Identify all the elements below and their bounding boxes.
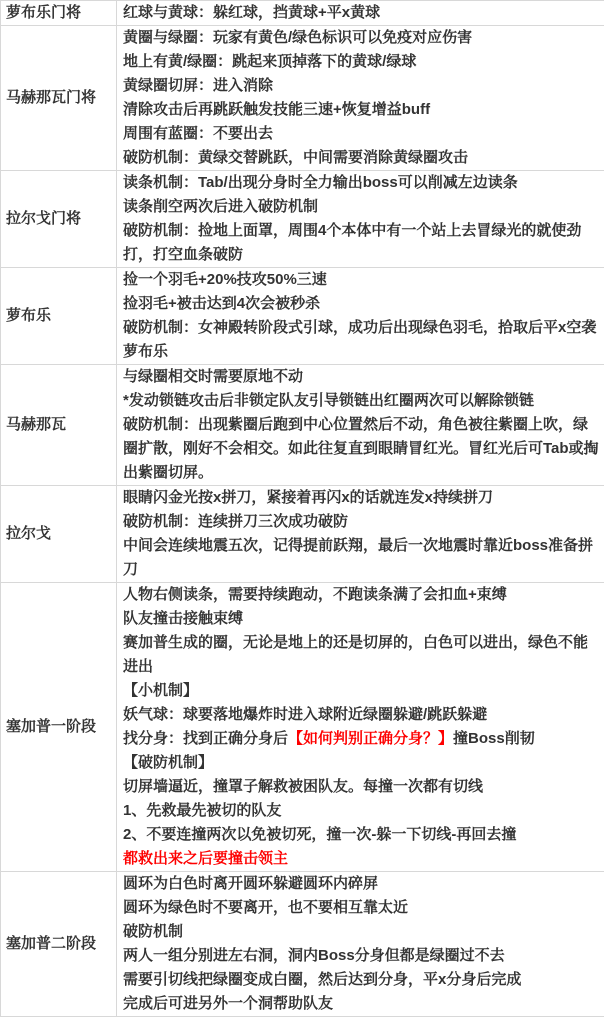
mechanic-text: 人物右侧读条，需要持续跑动，不跑读条满了会扣血+束缚 <box>123 586 507 603</box>
mechanic-line: 红球与黄球：躲红球，挡黄球+平x黄球 <box>123 1 601 25</box>
mechanic-text: 捡羽毛+被击达到4次会被秒杀 <box>123 295 320 312</box>
table-row: 拉尔戈门将 读条机制：Tab/出现分身时全力输出boss可以削减左边读条读条削空… <box>1 171 604 268</box>
mechanic-line: 都救出来之后要撞击领主 <box>123 847 601 871</box>
mechanic-line: 【小机制】 <box>123 679 601 703</box>
mechanics-cell: 捡一个羽毛+20%技攻50%三速捡羽毛+被击达到4次会被秒杀破防机制：女神殿转阶… <box>117 268 604 364</box>
mechanic-line: 黄圈与绿圈：玩家有黄色/绿色标识可以免疫对应伤害 <box>123 26 601 50</box>
mechanics-cell: 眼睛闪金光按x拼刀，紧接着再闪x的话就连发x持续拼刀破防机制：连续拼刀三次成功破… <box>117 486 604 582</box>
mechanic-line: 妖气球：球要落地爆炸时进入球附近绿圈躲避/跳跃躲避 <box>123 703 601 727</box>
mechanic-text: 破防机制 <box>123 923 183 940</box>
mechanic-text: 黄绿圈切屏：进入消除 <box>123 77 273 94</box>
mechanic-line: 切屏墙逼近，撞罩子解救被困队友。每撞一次都有切线 <box>123 775 601 799</box>
mechanic-text: 队友撞击接触束缚 <box>123 610 243 627</box>
mechanics-cell: 人物右侧读条，需要持续跑动，不跑读条满了会扣血+束缚队友撞击接触束缚赛加普生成的… <box>117 583 604 871</box>
mechanic-line: 圆环为白色时离开圆环躲避圆环内碎屏 <box>123 872 601 896</box>
mechanic-line: 中间会连续地震五次，记得提前跃翔，最后一次地震时靠近boss准备拼刀 <box>123 534 601 582</box>
mechanic-text: *发动锁链攻击后非锁定队友引导锁链出红圈两次可以解除锁链 <box>123 392 534 409</box>
mechanic-line: 队友撞击接触束缚 <box>123 607 601 631</box>
mechanic-text: 完成后可进另外一个洞帮助队友 <box>123 995 333 1012</box>
mechanic-line: 与绿圈相交时需要原地不动 <box>123 365 601 389</box>
boss-name: 马赫那瓦 <box>6 413 66 437</box>
mechanic-line: 破防机制：黄绿交替跳跃，中间需要消除黄绿圈攻击 <box>123 146 601 170</box>
table-row: 塞加普一阶段 人物右侧读条，需要持续跑动，不跑读条满了会扣血+束缚队友撞击接触束… <box>1 583 604 872</box>
boss-name-cell: 塞加普二阶段 <box>1 872 117 1016</box>
boss-name: 拉尔戈门将 <box>6 207 81 231</box>
highlight-red-text: 都救出来之后要撞击领主 <box>123 850 288 867</box>
boss-name-cell: 马赫那瓦门将 <box>1 26 117 170</box>
mechanic-line: 黄绿圈切屏：进入消除 <box>123 74 601 98</box>
boss-name-cell: 塞加普一阶段 <box>1 583 117 871</box>
mechanics-cell: 红球与黄球：躲红球，挡黄球+平x黄球 <box>117 1 604 25</box>
mechanic-text: 破防机制：捡地上面罩，周围4个本体中有一个站上去冒绿光的就使劲打，打空血条破防 <box>123 222 581 263</box>
mechanic-text: 周围有蓝圈：不要出去 <box>123 125 273 142</box>
mechanic-line: 捡一个羽毛+20%技攻50%三速 <box>123 268 601 292</box>
mechanic-text: 黄圈与绿圈：玩家有黄色/绿色标识可以免疫对应伤害 <box>123 29 472 46</box>
mechanic-text: 圆环为白色时离开圆环躲避圆环内碎屏 <box>123 875 378 892</box>
boss-name-cell: 萝布乐 <box>1 268 117 364</box>
mechanic-text: 需要引切线把绿圈变成白圈，然后达到分身，平x分身后完成 <box>123 971 521 988</box>
mechanic-text: 中间会连续地震五次，记得提前跃翔，最后一次地震时靠近boss准备拼刀 <box>123 537 593 578</box>
mechanic-text: 妖气球：球要落地爆炸时进入球附近绿圈躲避/跳跃躲避 <box>123 706 487 723</box>
mechanic-line: 完成后可进另外一个洞帮助队友 <box>123 992 601 1016</box>
mechanic-text: 与绿圈相交时需要原地不动 <box>123 368 303 385</box>
mechanic-text: 圆环为绿色时不要离开，也不要相互靠太近 <box>123 899 408 916</box>
table-row: 萝布乐 捡一个羽毛+20%技攻50%三速捡羽毛+被击达到4次会被秒杀破防机制：女… <box>1 268 604 365</box>
table-row: 拉尔戈 眼睛闪金光按x拼刀，紧接着再闪x的话就连发x持续拼刀破防机制：连续拼刀三… <box>1 486 604 583</box>
boss-name: 马赫那瓦门将 <box>6 86 96 110</box>
boss-name: 塞加普二阶段 <box>6 932 96 956</box>
mechanic-line: 眼睛闪金光按x拼刀，紧接着再闪x的话就连发x持续拼刀 <box>123 486 601 510</box>
boss-name-cell: 马赫那瓦 <box>1 365 117 485</box>
mechanics-cell: 与绿圈相交时需要原地不动*发动锁链攻击后非锁定队友引导锁链出红圈两次可以解除锁链… <box>117 365 604 485</box>
mechanic-line: 读条削空两次后进入破防机制 <box>123 195 601 219</box>
mechanic-line: *发动锁链攻击后非锁定队友引导锁链出红圈两次可以解除锁链 <box>123 389 601 413</box>
mechanic-line: 圆环为绿色时不要离开，也不要相互靠太近 <box>123 896 601 920</box>
mechanic-text: 破防机制：女神殿转阶段式引球，成功后出现绿色羽毛，拾取后平x空袭萝布乐 <box>123 319 596 360</box>
mechanic-text: 2、不要连撞两次以免被切死，撞一次-躲一下切线-再回去撞 <box>123 826 516 843</box>
mechanic-text: 撞Boss削韧 <box>453 730 535 747</box>
mechanic-line: 捡羽毛+被击达到4次会被秒杀 <box>123 292 601 316</box>
mechanic-line: 破防机制：连续拼刀三次成功破防 <box>123 510 601 534</box>
mechanic-text: 切屏墙逼近，撞罩子解救被困队友。每撞一次都有切线 <box>123 778 483 795</box>
mechanic-line: 破防机制：捡地上面罩，周围4个本体中有一个站上去冒绿光的就使劲打，打空血条破防 <box>123 219 601 267</box>
mechanic-line: 破防机制：出现紫圈后跑到中心位置然后不动，角色被往紫圈上吹，绿圈扩散，刚好不会相… <box>123 413 601 485</box>
mechanic-text: 读条机制：Tab/出现分身时全力输出boss可以削减左边读条 <box>123 174 518 191</box>
mechanic-text: 破防机制：黄绿交替跳跃，中间需要消除黄绿圈攻击 <box>123 149 468 166</box>
mechanics-cell: 黄圈与绿圈：玩家有黄色/绿色标识可以免疫对应伤害地上有黄/绿圈：跳起来顶掉落下的… <box>117 26 604 170</box>
mechanic-text: 找分身：找到正确分身后 <box>123 730 288 747</box>
mechanic-text: 地上有黄/绿圈：跳起来顶掉落下的黄球/绿球 <box>123 53 416 70</box>
table-row: 马赫那瓦 与绿圈相交时需要原地不动*发动锁链攻击后非锁定队友引导锁链出红圈两次可… <box>1 365 604 486</box>
highlight-red-text: 【如何判别正确分身？】 <box>288 730 453 747</box>
table-row: 马赫那瓦门将 黄圈与绿圈：玩家有黄色/绿色标识可以免疫对应伤害地上有黄/绿圈：跳… <box>1 26 604 171</box>
mechanics-cell: 读条机制：Tab/出现分身时全力输出boss可以削减左边读条读条削空两次后进入破… <box>117 171 604 267</box>
mechanic-text: 清除攻击后再跳跃触发技能三速+恢复增益buff <box>123 101 430 118</box>
boss-name: 萝布乐门将 <box>6 1 81 25</box>
mechanic-line: 【破防机制】 <box>123 751 601 775</box>
mechanic-line: 赛加普生成的圈，无论是地上的还是切屏的，白色可以进出，绿色不能进出 <box>123 631 601 679</box>
mechanic-text: 读条削空两次后进入破防机制 <box>123 198 318 215</box>
mechanic-line: 周围有蓝圈：不要出去 <box>123 122 601 146</box>
mechanic-text: 【小机制】 <box>123 682 198 699</box>
boss-name-cell: 萝布乐门将 <box>1 1 117 25</box>
mechanic-text: 两人一组分别进左右洞，洞内Boss分身但都是绿圈过不去 <box>123 947 505 964</box>
boss-name: 萝布乐 <box>6 304 51 328</box>
mechanic-text: 破防机制：连续拼刀三次成功破防 <box>123 513 348 530</box>
mechanic-line: 两人一组分别进左右洞，洞内Boss分身但都是绿圈过不去 <box>123 944 601 968</box>
boss-name-cell: 拉尔戈 <box>1 486 117 582</box>
mechanic-text: 破防机制：出现紫圈后跑到中心位置然后不动，角色被往紫圈上吹，绿圈扩散，刚好不会相… <box>123 416 599 481</box>
mechanic-line: 地上有黄/绿圈：跳起来顶掉落下的黄球/绿球 <box>123 50 601 74</box>
boss-name-cell: 拉尔戈门将 <box>1 171 117 267</box>
boss-name: 拉尔戈 <box>6 522 51 546</box>
mechanic-text: 捡一个羽毛+20%技攻50%三速 <box>123 271 327 288</box>
mechanic-line: 读条机制：Tab/出现分身时全力输出boss可以削减左边读条 <box>123 171 601 195</box>
mechanic-line: 需要引切线把绿圈变成白圈，然后达到分身，平x分身后完成 <box>123 968 601 992</box>
mechanic-line: 2、不要连撞两次以免被切死，撞一次-躲一下切线-再回去撞 <box>123 823 601 847</box>
mechanic-line: 破防机制：女神殿转阶段式引球，成功后出现绿色羽毛，拾取后平x空袭萝布乐 <box>123 316 601 364</box>
mechanic-text: 【破防机制】 <box>123 754 213 771</box>
mechanic-text: 眼睛闪金光按x拼刀，紧接着再闪x的话就连发x持续拼刀 <box>123 489 493 506</box>
table-row: 塞加普二阶段 圆环为白色时离开圆环躲避圆环内碎屏圆环为绿色时不要离开，也不要相互… <box>1 872 604 1017</box>
table-row: 萝布乐门将 红球与黄球：躲红球，挡黄球+平x黄球 <box>1 1 604 26</box>
mechanic-text: 红球与黄球：躲红球，挡黄球+平x黄球 <box>123 4 380 21</box>
boss-name: 塞加普一阶段 <box>6 715 96 739</box>
mechanics-cell: 圆环为白色时离开圆环躲避圆环内碎屏圆环为绿色时不要离开，也不要相互靠太近破防机制… <box>117 872 604 1016</box>
boss-mechanics-table: 萝布乐门将 红球与黄球：躲红球，挡黄球+平x黄球 马赫那瓦门将 黄圈与绿圈：玩家… <box>0 0 604 1017</box>
mechanic-text: 赛加普生成的圈，无论是地上的还是切屏的，白色可以进出，绿色不能进出 <box>123 634 588 675</box>
mechanic-line: 找分身：找到正确分身后【如何判别正确分身？】撞Boss削韧 <box>123 727 601 751</box>
mechanic-line: 人物右侧读条，需要持续跑动，不跑读条满了会扣血+束缚 <box>123 583 601 607</box>
mechanic-line: 清除攻击后再跳跃触发技能三速+恢复增益buff <box>123 98 601 122</box>
mechanic-text: 1、先救最先被切的队友 <box>123 802 281 819</box>
mechanic-line: 1、先救最先被切的队友 <box>123 799 601 823</box>
mechanic-line: 破防机制 <box>123 920 601 944</box>
